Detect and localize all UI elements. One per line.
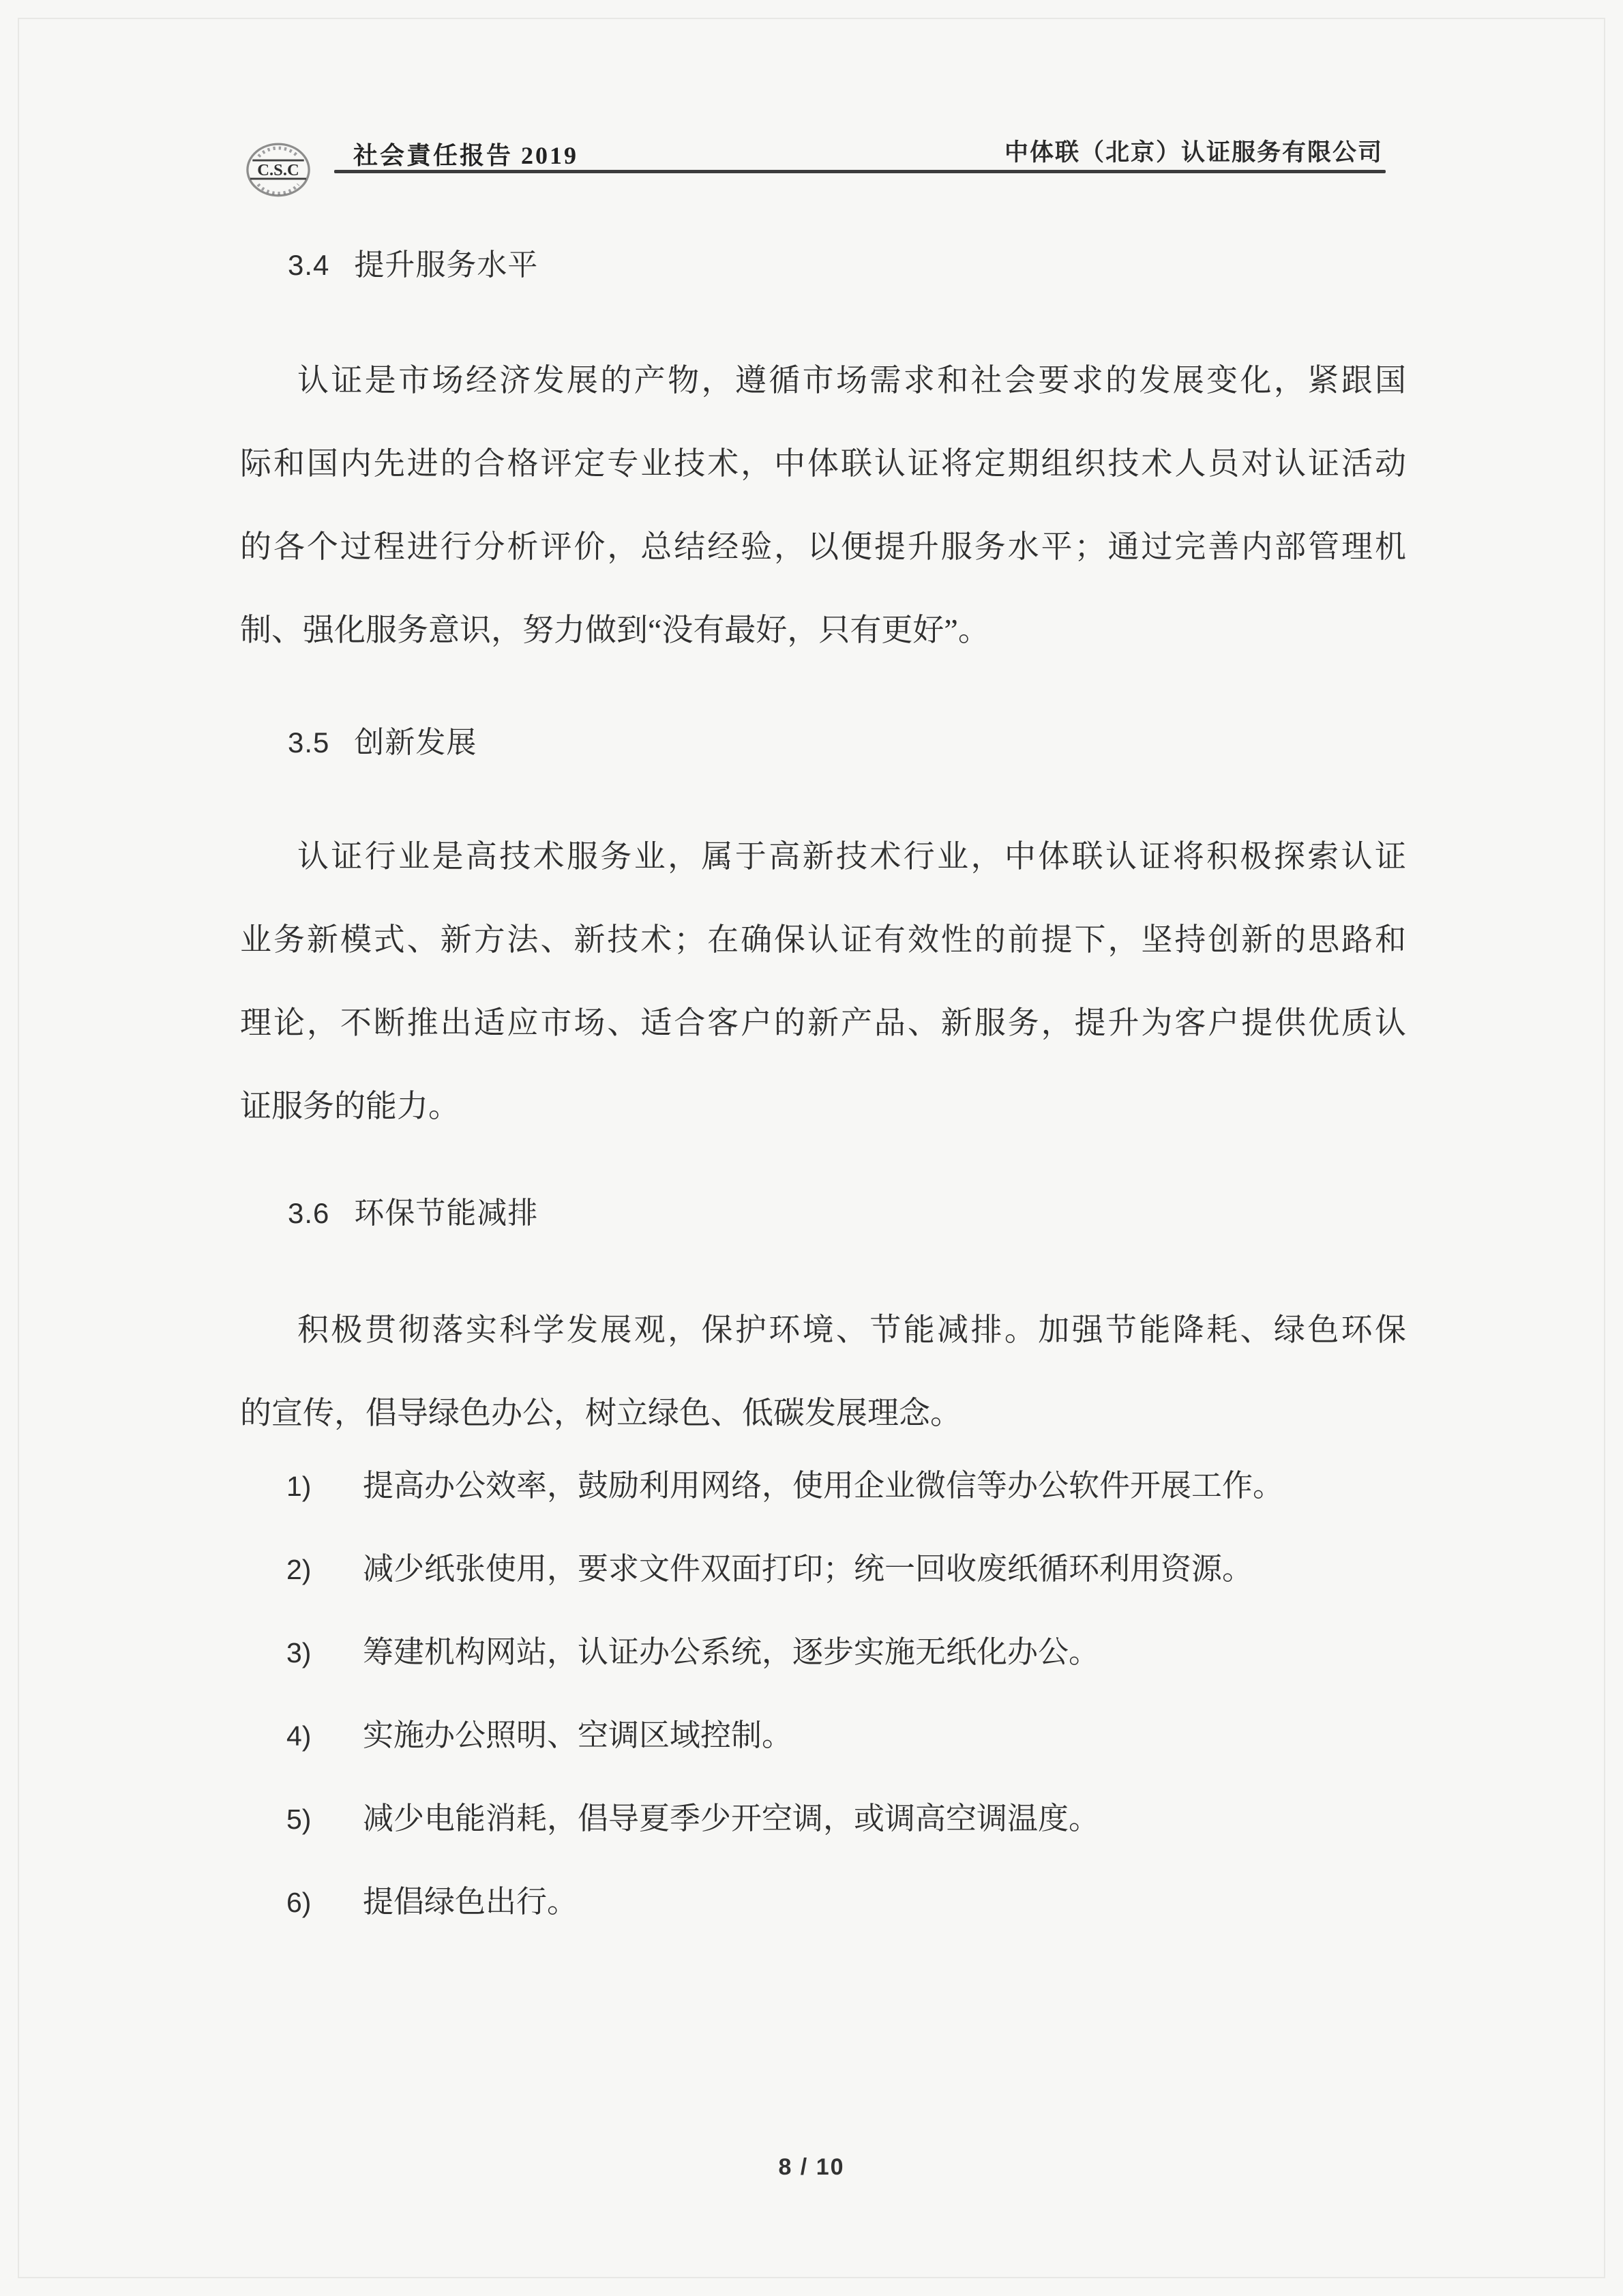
list-item-number: 4) <box>286 1694 363 1778</box>
section-number: 3.5 <box>288 726 329 759</box>
list-item-number: 5) <box>286 1778 363 1861</box>
section-number: 3.4 <box>288 249 329 282</box>
section-title: 提升服务水平 <box>354 248 538 282</box>
section-heading-3-5: 3.5创新发展 <box>240 718 1454 761</box>
header-rule <box>334 170 1386 173</box>
list-item-text: 提倡绿色出行。 <box>363 1885 578 1919</box>
section-title: 环保节能减排 <box>354 1196 538 1230</box>
list-item-text: 减少纸张使用，要求文件双面打印；统一回收废纸循环利用资源。 <box>363 1552 1253 1586</box>
paragraph-line: 制、强化服务意识，努力做到“没有最好，只有更好”。 <box>240 589 1406 672</box>
list-item: 2)减少纸张使用，要求文件双面打印；统一回收废纸循环利用资源。 <box>240 1527 1406 1610</box>
paragraph-line: 证服务的能力。 <box>240 1065 1406 1148</box>
paragraph-3-4: 认证是市场经济发展的产物，遵循市场需求和社会要求的发展变化，紧跟国 际和国内先进… <box>240 339 1406 672</box>
list-item: 6)提倡绿色出行。 <box>240 1860 1406 1943</box>
list-item: 3)筹建机构网站，认证办公系统，逐步实施无纸化办公。 <box>240 1610 1406 1694</box>
paragraph-3-5: 认证行业是高技术服务业，属于高新技术行业，中体联认证将积极探索认证 业务新模式、… <box>240 815 1406 1148</box>
section-title: 创新发展 <box>354 726 477 759</box>
paragraph-line: 际和国内先进的合格评定专业技术，中体联认证将定期组织技术人员对认证活动 <box>240 422 1406 505</box>
list-item: 4)实施办公照明、空调区域控制。 <box>240 1694 1406 1777</box>
paragraph-line: 理论，不断推出适应市场、适合客户的新产品、新服务，提升为客户提供优质认 <box>240 982 1406 1065</box>
report-title: 社会責任报告 2019 <box>353 136 578 171</box>
page-number: 8 / 10 <box>0 2154 1623 2181</box>
company-name: 中体联（北京）认证服务有限公司 <box>1004 134 1383 168</box>
paragraph-line: 业务新模式、新方法、新技术；在确保认证有效性的前提下，坚持创新的思路和 <box>240 898 1406 982</box>
paragraph-line: 的宣传，倡导绿色办公，树立绿色、低碳发展理念。 <box>240 1372 1406 1455</box>
report-page: C.S.C 社会責任报告 2019 中体联（北京）认证服务有限公司 3.4提升服… <box>0 0 1623 2296</box>
paragraph-3-6: 积极贯彻落实科学发展观，保护环境、节能减排。加强节能降耗、绿色环保 的宣传，倡导… <box>240 1289 1406 1455</box>
paragraph-line: 积极贯彻落实科学发展观，保护环境、节能减排。加强节能降耗、绿色环保 <box>240 1289 1406 1372</box>
section-heading-3-6: 3.6环保节能减排 <box>240 1188 1454 1232</box>
list-item-number: 2) <box>286 1528 363 1611</box>
csc-logo-text: C.S.C <box>257 161 299 179</box>
list-item-text: 减少电能消耗，倡导夏季少开空调，或调高空调温度。 <box>363 1801 1099 1836</box>
list-item-text: 提高办公效率，鼓励利用网络，使用企业微信等办公软件开展工作。 <box>363 1469 1283 1503</box>
csc-logo: C.S.C <box>244 142 312 198</box>
list-item-text: 实施办公照明、空调区域控制。 <box>363 1718 792 1752</box>
paragraph-line: 的各个过程进行分析评价，总结经验，以便提升服务水平；通过完善内部管理机 <box>240 505 1406 589</box>
list-item: 1)提高办公效率，鼓励利用网络，使用企业微信等办公软件开展工作。 <box>240 1444 1406 1527</box>
list-item: 5)减少电能消耗，倡导夏季少开空调，或调高空调温度。 <box>240 1777 1406 1860</box>
measures-list: 1)提高办公效率，鼓励利用网络，使用企业微信等办公软件开展工作。 2)减少纸张使… <box>240 1444 1406 1943</box>
paragraph-line: 认证是市场经济发展的产物，遵循市场需求和社会要求的发展变化，紧跟国 <box>240 339 1406 422</box>
list-item-text: 筹建机构网站，认证办公系统，逐步实施无纸化办公。 <box>363 1635 1099 1669</box>
paragraph-line: 认证行业是高技术服务业，属于高新技术行业，中体联认证将积极探索认证 <box>240 815 1406 898</box>
list-item-number: 1) <box>286 1445 363 1528</box>
list-item-number: 3) <box>286 1611 363 1694</box>
section-number: 3.6 <box>288 1197 329 1230</box>
csc-logo-icon: C.S.C <box>244 142 312 198</box>
list-item-number: 6) <box>286 1861 363 1944</box>
section-heading-3-4: 3.4提升服务水平 <box>240 240 1454 284</box>
